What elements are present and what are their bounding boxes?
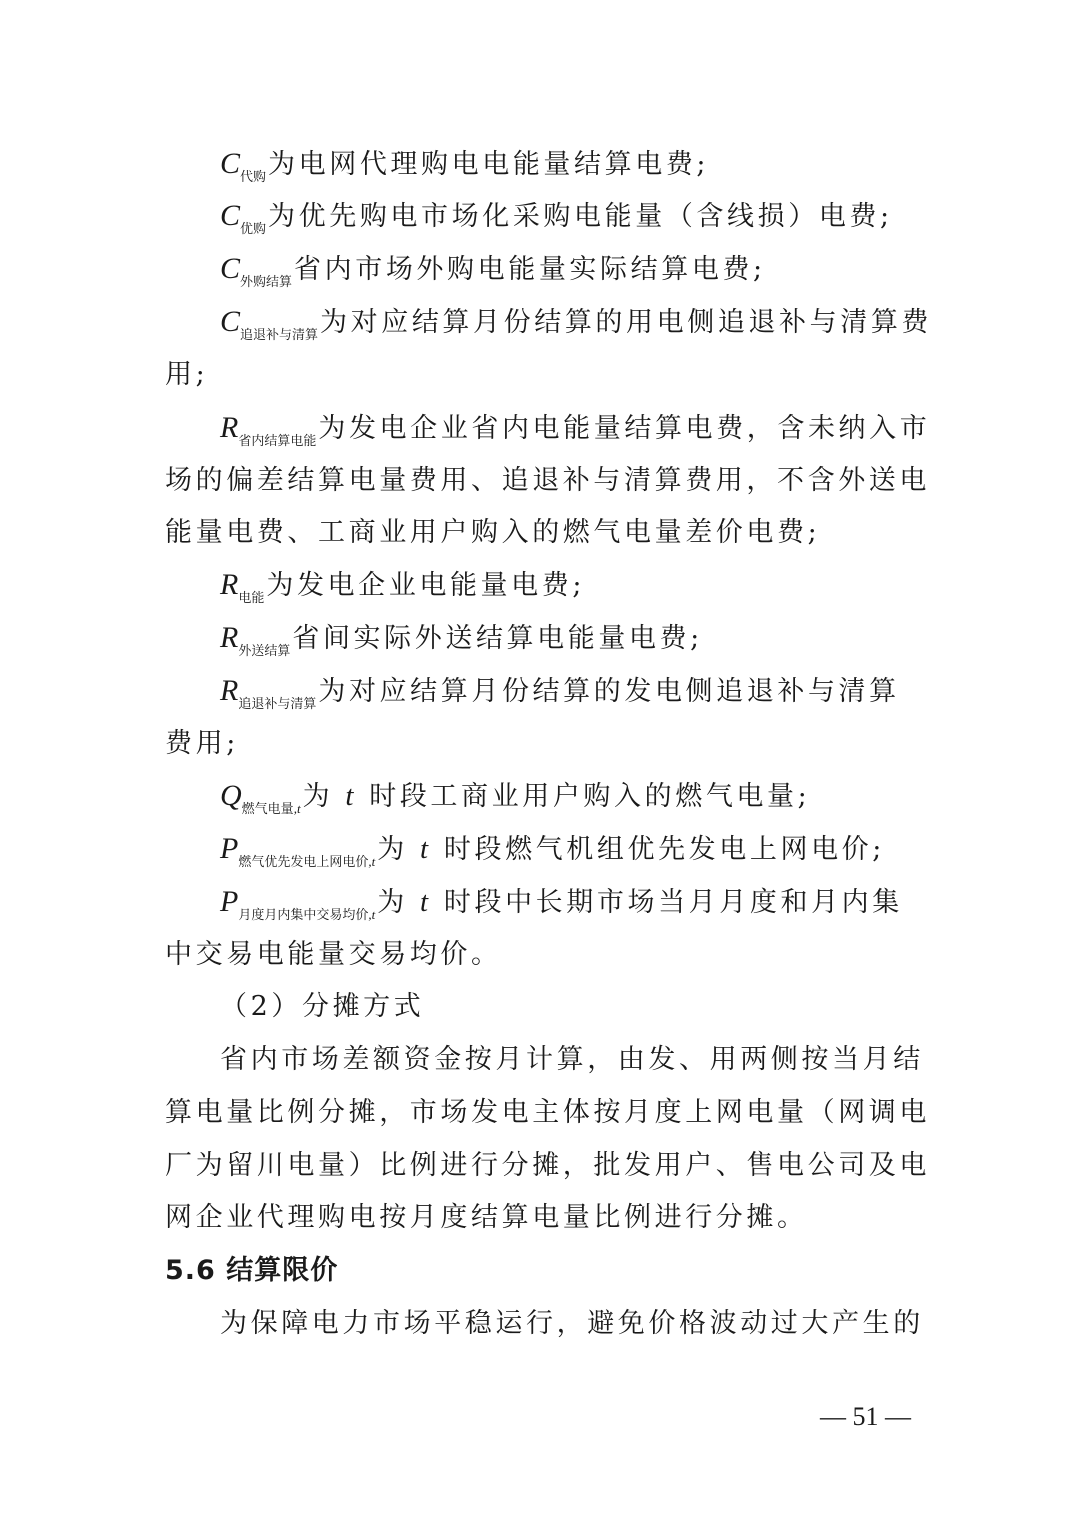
variable-subscript: 外送结算: [238, 644, 290, 659]
definition-text: 为对应结算月份结算的用电侧追退补与清算费: [320, 307, 932, 338]
definition-text: 为发电企业省内电能量结算电费，含未纳入市: [318, 413, 930, 444]
time-variable: t: [345, 780, 357, 812]
variable-subscript: 代购: [240, 170, 266, 185]
definition-r-provincial: R省内结算电能为发电企业省内电能量结算电费，含未纳入市: [220, 410, 970, 460]
definition-p-gas-price: P燃气优先发电上网电价,t为 t 时段燃气机组优先发电上网电价;: [220, 831, 970, 881]
variable-symbol: R: [220, 568, 238, 601]
definition-continuation: 用;: [165, 357, 915, 393]
variable-subscript: 追退补与清算: [240, 328, 318, 343]
section-number: 5.6: [165, 1255, 216, 1286]
definition-c-proxy: C代购为电网代理购电电能量结算电费;: [220, 146, 970, 196]
time-variable: t: [420, 833, 432, 865]
document-page: C代购为电网代理购电电能量结算电费; C优购为优先购电市场化采购电能量（含线损）…: [0, 0, 1080, 1527]
definition-c-priority: C优购为优先购电市场化采购电能量（含线损）电费;: [220, 198, 970, 248]
variable-symbol: R: [220, 621, 238, 654]
variable-symbol: P: [220, 885, 238, 918]
definition-q-gas: Q燃气电量,t为 t 时段工商业用户购入的燃气电量;: [220, 778, 970, 828]
variable-subscript: 电能: [238, 591, 264, 606]
time-variable: t: [420, 886, 432, 918]
paragraph-line: 厂为留川电量）比例进行分摊，批发用户、售电公司及电: [165, 1148, 915, 1184]
definition-text: 为发电企业电能量电费;: [266, 570, 585, 601]
definition-text: 为电网代理购电电能量结算电费;: [268, 149, 709, 180]
paragraph-line: 算电量比例分摊，市场发电主体按月度上网电量（网调电: [165, 1095, 915, 1131]
definition-c-adjust: C追退补与清算为对应结算月份结算的用电侧追退补与清算费: [220, 304, 970, 354]
variable-subscript: 燃气电量,t: [242, 802, 301, 817]
definition-r-energy: R电能为发电企业电能量电费;: [220, 567, 970, 617]
variable-symbol: C: [220, 147, 240, 180]
subsection-title: （2）分摊方式: [220, 989, 970, 1025]
page-number: — 51 —: [820, 1402, 911, 1432]
variable-symbol: Q: [220, 779, 242, 812]
definition-text: 省内市场外购电能量实际结算电费;: [294, 254, 766, 285]
paragraph-line: 网企业代理购电按月度结算电量比例进行分摊。: [165, 1200, 915, 1236]
definition-r-export: R外送结算省间实际外送结算电能量电费;: [220, 620, 970, 670]
paragraph-line: 为保障电力市场平稳运行，避免价格波动过大产生的: [220, 1306, 970, 1342]
definition-text: 时段工商业用户购入的燃气电量;: [357, 781, 810, 812]
definition-text: 省间实际外送结算电能量电费;: [292, 623, 703, 654]
definition-text: 时段燃气机组优先发电上网电价;: [432, 834, 885, 865]
definition-continuation: 能量电费、工商业用户购入的燃气电量差价电费;: [165, 515, 915, 551]
variable-symbol: P: [220, 832, 238, 865]
variable-subscript: 优购: [240, 222, 266, 237]
definition-p-avg-price: P月度月内集中交易均价,t为 t 时段中长期市场当月月度和月内集: [220, 884, 970, 934]
variable-symbol: C: [220, 199, 240, 232]
variable-subscript: 月度月内集中交易均价,t: [238, 908, 375, 923]
definition-continuation: 场的偏差结算电量费用、追退补与清算费用，不含外送电: [165, 463, 915, 499]
paragraph-line: 省内市场差额资金按月计算，由发、用两侧按当月结: [220, 1042, 970, 1078]
definition-continuation: 中交易电能量交易均价。: [165, 937, 915, 973]
variable-subscript: 外购结算: [240, 275, 292, 290]
variable-subscript: 追退补与清算: [238, 697, 316, 712]
definition-continuation: 费用;: [165, 726, 915, 762]
definition-c-external: C外购结算省内市场外购电能量实际结算电费;: [220, 251, 970, 301]
variable-subscript: 省内结算电能: [238, 434, 316, 449]
variable-subscript: 燃气优先发电上网电价,t: [238, 855, 375, 870]
variable-symbol: R: [220, 674, 238, 707]
section-title: 结算限价: [226, 1255, 338, 1286]
variable-symbol: C: [220, 252, 240, 285]
definition-text: 时段中长期市场当月月度和月内集: [432, 887, 903, 918]
definition-text: 为优先购电市场化采购电能量（含线损）电费;: [268, 201, 893, 232]
variable-symbol: C: [220, 305, 240, 338]
section-heading: 5.6 结算限价: [165, 1253, 915, 1289]
variable-symbol: R: [220, 411, 238, 444]
definition-r-adjust: R追退补与清算为对应结算月份结算的发电侧追退补与清算: [220, 673, 970, 723]
definition-text: 为对应结算月份结算的发电侧追退补与清算: [318, 676, 899, 707]
